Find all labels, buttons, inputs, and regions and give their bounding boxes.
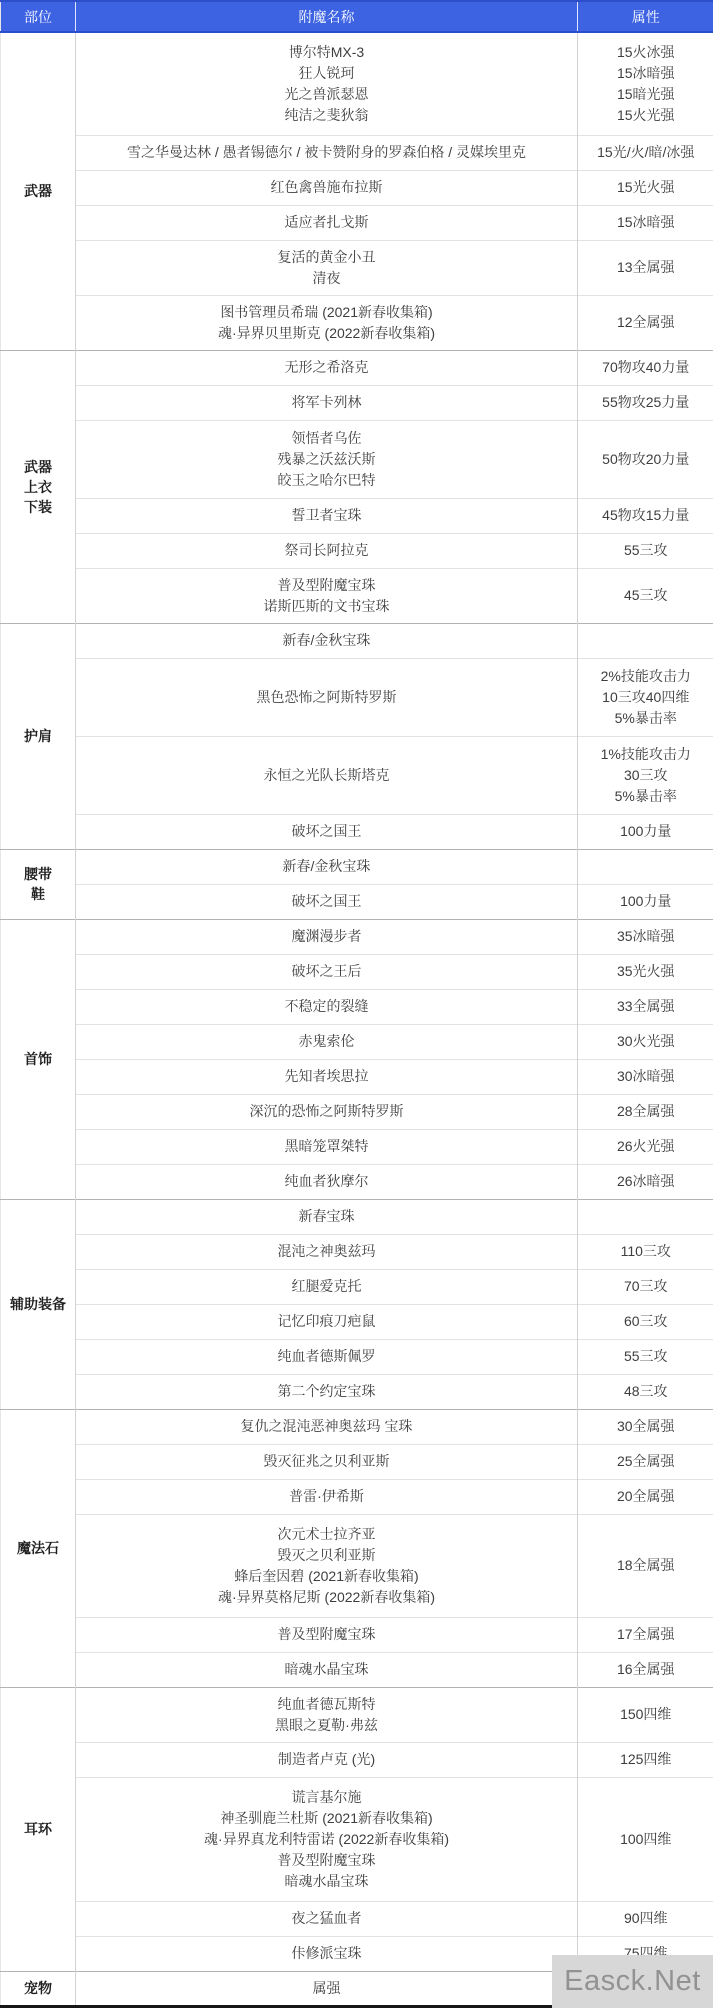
enchant-attr-cell: 30火光强 xyxy=(578,1024,713,1059)
enchant-name-cell: 博尔特MX-3狂人锐珂光之兽派瑟恩纯洁之斐狄翁 xyxy=(76,32,578,135)
table-row: 破坏之国王100力量 xyxy=(1,884,713,919)
table-row: 祭司长阿拉克55三攻 xyxy=(1,533,713,568)
table-row: 复活的黄金小丑清夜13全属强 xyxy=(1,240,713,295)
part-cell: 首饰 xyxy=(1,919,76,1199)
table-row: 不稳定的裂缝33全属强 xyxy=(1,989,713,1024)
table-row: 耳环纯血者德瓦斯特黑眼之夏勒·弗兹150四维 xyxy=(1,1687,713,1742)
table-row: 魔法石复仇之混沌恶神奥兹玛 宝珠30全属强 xyxy=(1,1409,713,1444)
table-row: 黑暗笼罩桀特26火光强 xyxy=(1,1129,713,1164)
enchant-name-cell: 纯血者狄摩尔 xyxy=(76,1164,578,1199)
part-cell: 辅助装备 xyxy=(1,1199,76,1409)
page: 部位 附魔名称 属性 武器博尔特MX-3狂人锐珂光之兽派瑟恩纯洁之斐狄翁15火冰… xyxy=(0,0,713,2008)
watermark-badge: Easck.Net xyxy=(552,1955,713,2008)
enchant-name-cell: 先知者埃思拉 xyxy=(76,1059,578,1094)
table-row: 图书管理员希瑞 (2021新春收集箱)魂·异界贝里斯克 (2022新春收集箱)1… xyxy=(1,295,713,350)
enchant-attr-cell: 55三攻 xyxy=(578,533,713,568)
enchant-name-cell: 永恒之光队长斯塔克 xyxy=(76,736,578,814)
enchant-attr-cell: 60三攻 xyxy=(578,1304,713,1339)
table-row: 武器上衣下装无形之希洛克70物攻40力量 xyxy=(1,350,713,385)
table-row: 次元术士拉齐亚毁灭之贝利亚斯蜂后奎因碧 (2021新春收集箱)魂·异界莫格尼斯 … xyxy=(1,1514,713,1617)
enchant-name-cell: 深沉的恐怖之阿斯特罗斯 xyxy=(76,1094,578,1129)
table-row: 武器博尔特MX-3狂人锐珂光之兽派瑟恩纯洁之斐狄翁15火冰强15冰暗强15暗光强… xyxy=(1,32,713,135)
enchant-attr-cell: 150四维 xyxy=(578,1687,713,1742)
table-row: 夜之猛血者90四维 xyxy=(1,1901,713,1936)
part-cell: 武器 xyxy=(1,32,76,350)
table-row: 赤鬼索伦30火光强 xyxy=(1,1024,713,1059)
table-row: 黑色恐怖之阿斯特罗斯2%技能攻击力10三攻40四维5%暴击率 xyxy=(1,658,713,736)
table-row: 破坏之王后35光火强 xyxy=(1,954,713,989)
enchant-attr-cell: 20全属强 xyxy=(578,1479,713,1514)
enchant-attr-cell: 35光火强 xyxy=(578,954,713,989)
enchant-attr-cell: 16全属强 xyxy=(578,1652,713,1687)
enchant-name-cell: 图书管理员希瑞 (2021新春收集箱)魂·异界贝里斯克 (2022新春收集箱) xyxy=(76,295,578,350)
table-row: 将军卡列林55物攻25力量 xyxy=(1,385,713,420)
table-row: 谎言基尔施神圣驯鹿兰杜斯 (2021新春收集箱)魂·异界真龙利特雷诺 (2022… xyxy=(1,1777,713,1901)
part-cell: 护肩 xyxy=(1,623,76,849)
enchant-name-cell: 赤鬼索伦 xyxy=(76,1024,578,1059)
enchant-name-cell: 第二个约定宝珠 xyxy=(76,1374,578,1409)
enchant-name-cell: 新春宝珠 xyxy=(76,1199,578,1234)
enchant-attr-cell: 26冰暗强 xyxy=(578,1164,713,1199)
enchant-name-cell: 次元术士拉齐亚毁灭之贝利亚斯蜂后奎因碧 (2021新春收集箱)魂·异界莫格尼斯 … xyxy=(76,1514,578,1617)
enchant-attr-cell: 55三攻 xyxy=(578,1339,713,1374)
enchant-attr-cell: 45物攻15力量 xyxy=(578,498,713,533)
enchant-name-cell: 纯血者德斯佩罗 xyxy=(76,1339,578,1374)
table-row: 混沌之神奥兹玛110三攻 xyxy=(1,1234,713,1269)
table-row: 红色禽兽施布拉斯15光火强 xyxy=(1,170,713,205)
enchant-name-cell: 新春/金秋宝珠 xyxy=(76,849,578,884)
table-row: 普雷·伊希斯20全属强 xyxy=(1,1479,713,1514)
enchant-name-cell: 制造者卢克 (光) xyxy=(76,1742,578,1777)
enchant-name-cell: 记忆印痕刀疤鼠 xyxy=(76,1304,578,1339)
enchant-attr-cell: 28全属强 xyxy=(578,1094,713,1129)
col-header-name: 附魔名称 xyxy=(76,1,578,32)
enchant-attr-cell: 12全属强 xyxy=(578,295,713,350)
table-row: 红腿爱克托70三攻 xyxy=(1,1269,713,1304)
enchant-attr-cell: 30全属强 xyxy=(578,1409,713,1444)
enchant-name-cell: 破坏之国王 xyxy=(76,884,578,919)
enchant-name-cell: 魔渊漫步者 xyxy=(76,919,578,954)
enchant-name-cell: 暗魂水晶宝珠 xyxy=(76,1652,578,1687)
enchant-attr-cell: 17全属强 xyxy=(578,1617,713,1652)
table-row: 深沉的恐怖之阿斯特罗斯28全属强 xyxy=(1,1094,713,1129)
enchant-attr-cell xyxy=(578,1199,713,1234)
enchant-name-cell: 复仇之混沌恶神奥兹玛 宝珠 xyxy=(76,1409,578,1444)
table-row: 先知者埃思拉30冰暗强 xyxy=(1,1059,713,1094)
table-row: 护肩新春/金秋宝珠 xyxy=(1,623,713,658)
enchant-attr-cell: 15光/火/暗/冰强 xyxy=(578,135,713,170)
enchant-name-cell: 领悟者乌佐残暴之沃兹沃斯皎玉之哈尔巴特 xyxy=(76,420,578,498)
enchant-name-cell: 复活的黄金小丑清夜 xyxy=(76,240,578,295)
enchant-name-cell: 普及型附魔宝珠诺斯匹斯的文书宝珠 xyxy=(76,568,578,623)
table-header: 部位 附魔名称 属性 xyxy=(1,1,713,32)
header-row: 部位 附魔名称 属性 xyxy=(1,1,713,32)
enchant-attr-cell: 1%技能攻击力30三攻5%暴击率 xyxy=(578,736,713,814)
enchant-attr-cell: 70物攻40力量 xyxy=(578,350,713,385)
table-row: 首饰魔渊漫步者35冰暗强 xyxy=(1,919,713,954)
table-row: 腰带鞋新春/金秋宝珠 xyxy=(1,849,713,884)
enchant-name-cell: 纯血者德瓦斯特黑眼之夏勒·弗兹 xyxy=(76,1687,578,1742)
enchant-name-cell: 新春/金秋宝珠 xyxy=(76,623,578,658)
table-row: 纯血者德斯佩罗55三攻 xyxy=(1,1339,713,1374)
enchant-attr-cell: 125四维 xyxy=(578,1742,713,1777)
enchant-attr-cell: 48三攻 xyxy=(578,1374,713,1409)
table-row: 暗魂水晶宝珠16全属强 xyxy=(1,1652,713,1687)
col-header-attr: 属性 xyxy=(578,1,713,32)
enchant-attr-cell: 35冰暗强 xyxy=(578,919,713,954)
table-row: 普及型附魔宝珠17全属强 xyxy=(1,1617,713,1652)
enchant-name-cell: 红腿爱克托 xyxy=(76,1269,578,1304)
table-row: 制造者卢克 (光)125四维 xyxy=(1,1742,713,1777)
enchant-attr-cell: 30冰暗强 xyxy=(578,1059,713,1094)
enchant-name-cell: 黑暗笼罩桀特 xyxy=(76,1129,578,1164)
table-row: 辅助装备新春宝珠 xyxy=(1,1199,713,1234)
enchant-name-cell: 夜之猛血者 xyxy=(76,1901,578,1936)
enchant-attr-cell: 100四维 xyxy=(578,1777,713,1901)
enchant-attr-cell: 25全属强 xyxy=(578,1444,713,1479)
part-cell: 魔法石 xyxy=(1,1409,76,1687)
table-row: 誓卫者宝珠45物攻15力量 xyxy=(1,498,713,533)
enchant-attr-cell: 100力量 xyxy=(578,884,713,919)
part-cell: 武器上衣下装 xyxy=(1,350,76,623)
enchant-attr-cell: 15火冰强15冰暗强15暗光强15火光强 xyxy=(578,32,713,135)
enchant-attr-cell: 100力量 xyxy=(578,814,713,849)
enchant-name-cell: 不稳定的裂缝 xyxy=(76,989,578,1024)
enchant-attr-cell: 55物攻25力量 xyxy=(578,385,713,420)
enchant-name-cell: 无形之希洛克 xyxy=(76,350,578,385)
part-cell: 耳环 xyxy=(1,1687,76,1971)
enchant-name-cell: 破坏之国王 xyxy=(76,814,578,849)
enchant-attr-cell: 15冰暗强 xyxy=(578,205,713,240)
enchant-name-cell: 将军卡列林 xyxy=(76,385,578,420)
enchant-attr-cell: 13全属强 xyxy=(578,240,713,295)
table-row: 雪之华曼达林 / 愚者锡德尔 / 被卡赞附身的罗森伯格 / 灵媒埃里克15光/火… xyxy=(1,135,713,170)
table-row: 毁灭征兆之贝利亚斯25全属强 xyxy=(1,1444,713,1479)
enchant-attr-cell: 2%技能攻击力10三攻40四维5%暴击率 xyxy=(578,658,713,736)
enchant-attr-cell xyxy=(578,849,713,884)
enchant-name-cell: 雪之华曼达林 / 愚者锡德尔 / 被卡赞附身的罗森伯格 / 灵媒埃里克 xyxy=(76,135,578,170)
enchant-attr-cell: 45三攻 xyxy=(578,568,713,623)
enchant-name-cell: 誓卫者宝珠 xyxy=(76,498,578,533)
enchant-name-cell: 黑色恐怖之阿斯特罗斯 xyxy=(76,658,578,736)
table-row: 破坏之国王100力量 xyxy=(1,814,713,849)
table-row: 永恒之光队长斯塔克1%技能攻击力30三攻5%暴击率 xyxy=(1,736,713,814)
table-row: 领悟者乌佐残暴之沃兹沃斯皎玉之哈尔巴特50物攻20力量 xyxy=(1,420,713,498)
table-row: 纯血者狄摩尔26冰暗强 xyxy=(1,1164,713,1199)
enchant-attr-cell: 18全属强 xyxy=(578,1514,713,1617)
enchant-name-cell: 红色禽兽施布拉斯 xyxy=(76,170,578,205)
enchant-attr-cell: 50物攻20力量 xyxy=(578,420,713,498)
enchant-name-cell: 混沌之神奥兹玛 xyxy=(76,1234,578,1269)
enchant-attr-cell xyxy=(578,623,713,658)
enchant-table: 部位 附魔名称 属性 武器博尔特MX-3狂人锐珂光之兽派瑟恩纯洁之斐狄翁15火冰… xyxy=(0,0,713,2008)
enchant-attr-cell: 26火光强 xyxy=(578,1129,713,1164)
enchant-attr-cell: 90四维 xyxy=(578,1901,713,1936)
enchant-name-cell: 毁灭征兆之贝利亚斯 xyxy=(76,1444,578,1479)
table-row: 普及型附魔宝珠诺斯匹斯的文书宝珠45三攻 xyxy=(1,568,713,623)
table-row: 第二个约定宝珠48三攻 xyxy=(1,1374,713,1409)
enchant-name-cell: 祭司长阿拉克 xyxy=(76,533,578,568)
table-body: 武器博尔特MX-3狂人锐珂光之兽派瑟恩纯洁之斐狄翁15火冰强15冰暗强15暗光强… xyxy=(1,32,713,2006)
enchant-name-cell: 适应者扎戈斯 xyxy=(76,205,578,240)
enchant-attr-cell: 70三攻 xyxy=(578,1269,713,1304)
col-header-part: 部位 xyxy=(1,1,76,32)
enchant-attr-cell: 110三攻 xyxy=(578,1234,713,1269)
enchant-name-cell: 佧修派宝珠 xyxy=(76,1936,578,1971)
table-row: 记忆印痕刀疤鼠60三攻 xyxy=(1,1304,713,1339)
enchant-name-cell: 普雷·伊希斯 xyxy=(76,1479,578,1514)
enchant-name-cell: 破坏之王后 xyxy=(76,954,578,989)
table-row: 适应者扎戈斯15冰暗强 xyxy=(1,205,713,240)
enchant-attr-cell: 15光火强 xyxy=(578,170,713,205)
enchant-attr-cell: 33全属强 xyxy=(578,989,713,1024)
enchant-name-cell: 谎言基尔施神圣驯鹿兰杜斯 (2021新春收集箱)魂·异界真龙利特雷诺 (2022… xyxy=(76,1777,578,1901)
enchant-name-cell: 普及型附魔宝珠 xyxy=(76,1617,578,1652)
part-cell: 腰带鞋 xyxy=(1,849,76,919)
